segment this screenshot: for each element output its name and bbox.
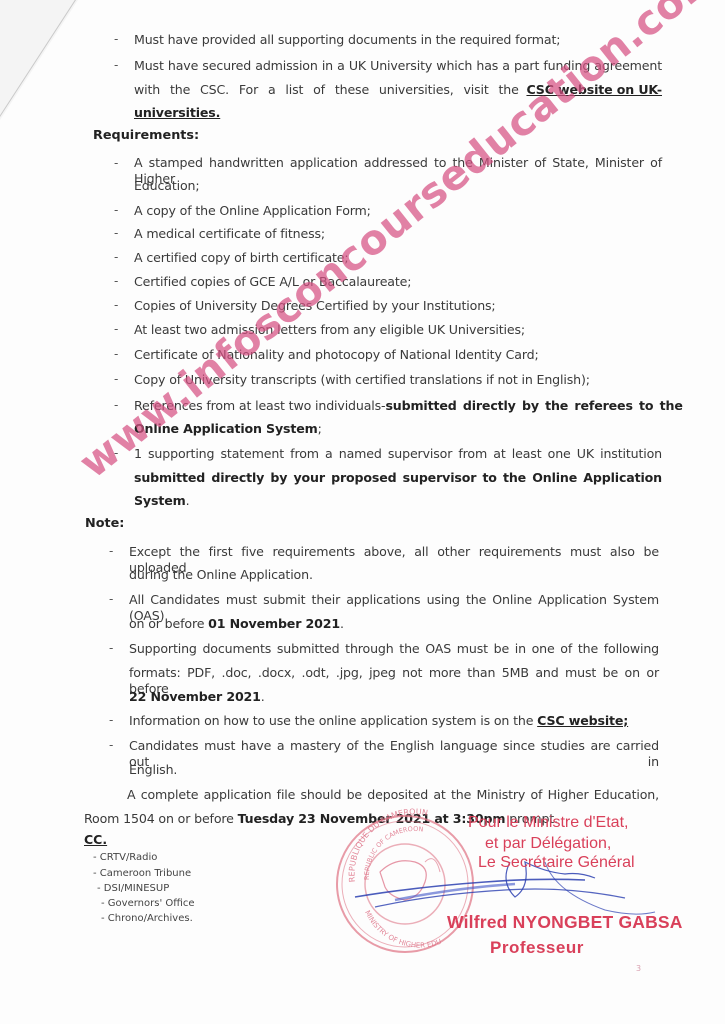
cc-item: - Governors' Office (101, 898, 195, 909)
requirement-item-cont: Education; (134, 178, 199, 194)
signatory-name: Wilfred NYONGBET GABSA (447, 912, 683, 933)
deadline-date: 22 November 2021 (129, 689, 261, 704)
requirement-item: 1 supporting statement from a named supe… (134, 446, 662, 462)
requirement-text: ; (318, 421, 322, 436)
note-heading: Note: (85, 516, 124, 531)
bullet-dash: - (114, 58, 118, 72)
note-item-cont: 22 November 2021. (129, 689, 265, 705)
requirement-bold-text: System (134, 493, 186, 508)
requirement-item: A medical certificate of fitness; (134, 226, 325, 242)
closing-text: Room 1504 on or before (84, 811, 238, 826)
closing-paragraph: A complete application file should be de… (127, 787, 659, 803)
bullet-dash: - (114, 298, 118, 312)
note-text: Information on how to use the online app… (129, 713, 537, 728)
bullet-dash: - (114, 372, 118, 386)
requirement-bold-text: Online Application System (134, 421, 318, 436)
note-item-cont: on or before 01 November 2021. (129, 616, 344, 632)
note-item-cont: during the Online Application. (129, 567, 313, 583)
cc-item: - Chrono/Archives. (101, 913, 193, 924)
requirement-item: Copies of University Degrees Certified b… (134, 298, 496, 314)
eligibility-item-line: Must have secured admission in a UK Univ… (134, 58, 662, 74)
deadline-date: 01 November 2021 (208, 616, 340, 631)
note-item: Candidates must have a mastery of the En… (129, 738, 659, 770)
bullet-dash: - (109, 544, 113, 558)
requirement-item: References from at least two individuals… (134, 398, 662, 414)
note-item: Information on how to use the online app… (129, 713, 628, 729)
signature-line-1: Pour le Ministre d'Etat, (468, 814, 628, 832)
requirement-item: Certified copies of GCE A/L or Baccalaur… (134, 274, 411, 290)
csc-uk-universities-link[interactable]: CSC website on UK- (526, 82, 662, 98)
bullet-dash: - (114, 398, 118, 412)
page-fold-corner (0, 0, 78, 120)
bullet-dash: - (114, 32, 118, 46)
requirement-item: Copy of University transcripts (with cer… (134, 372, 590, 388)
eligibility-item: Must have provided all supporting docume… (134, 32, 560, 48)
bullet-dash: - (114, 274, 118, 288)
csc-uk-universities-link-cont[interactable]: universities. (134, 105, 220, 121)
requirement-bold-text: submitted directly by the referees to th… (385, 398, 682, 414)
eligibility-text: with the CSC. For a list of these univer… (134, 82, 519, 98)
bullet-dash: - (109, 641, 113, 655)
requirement-item-cont: System. (134, 493, 189, 509)
note-item: Supporting documents submitted through t… (129, 641, 659, 657)
signatory-title: Professeur (490, 938, 584, 958)
eligibility-item-line: with the CSC. For a list of these univer… (134, 82, 662, 98)
bullet-dash: - (109, 738, 113, 752)
bullet-dash: - (114, 322, 118, 336)
page-number: 3 (636, 964, 641, 973)
bullet-dash: - (114, 347, 118, 361)
cc-item: - DSI/MINESUP (97, 883, 169, 894)
requirement-text: . (186, 493, 190, 508)
bullet-dash: - (114, 156, 118, 170)
requirement-item-cont: Online Application System; (134, 421, 322, 437)
signature-line-2: et par Délégation, (485, 835, 611, 853)
requirement-item-cont: submitted directly by your proposed supe… (134, 470, 662, 486)
requirement-item: A stamped handwritten application addres… (134, 155, 662, 187)
signature-line-3: Le Secrétaire Général (478, 854, 635, 872)
bullet-dash: - (114, 226, 118, 240)
cc-item: - CRTV/Radio (93, 852, 157, 863)
bullet-dash: - (114, 446, 118, 460)
csc-website-link[interactable]: CSC website; (537, 713, 628, 728)
note-text: . (261, 689, 265, 704)
requirement-item: A certified copy of birth certificate; (134, 250, 349, 266)
bullet-dash: - (114, 250, 118, 264)
cc-item: - Cameroon Tribune (93, 868, 191, 879)
signature-block: REPUBLIQUE DU CAMEROUN REPUBLIC OF CAMER… (335, 802, 665, 972)
document-page: - Must have provided all supporting docu… (0, 0, 725, 1024)
bullet-dash: - (109, 713, 113, 727)
requirement-item: At least two admission letters from any … (134, 322, 525, 338)
note-text: . (340, 616, 344, 631)
requirement-item: A copy of the Online Application Form; (134, 203, 371, 219)
requirement-item: Certificate of Nationality and photocopy… (134, 347, 539, 363)
bullet-dash: - (114, 203, 118, 217)
cc-heading: CC. (84, 832, 107, 847)
note-text: on or before (129, 616, 208, 631)
bullet-dash: - (109, 592, 113, 606)
note-item-cont: English. (129, 762, 177, 778)
requirement-text: References from at least two individuals… (134, 398, 385, 414)
requirements-heading: Requirements: (93, 128, 199, 143)
